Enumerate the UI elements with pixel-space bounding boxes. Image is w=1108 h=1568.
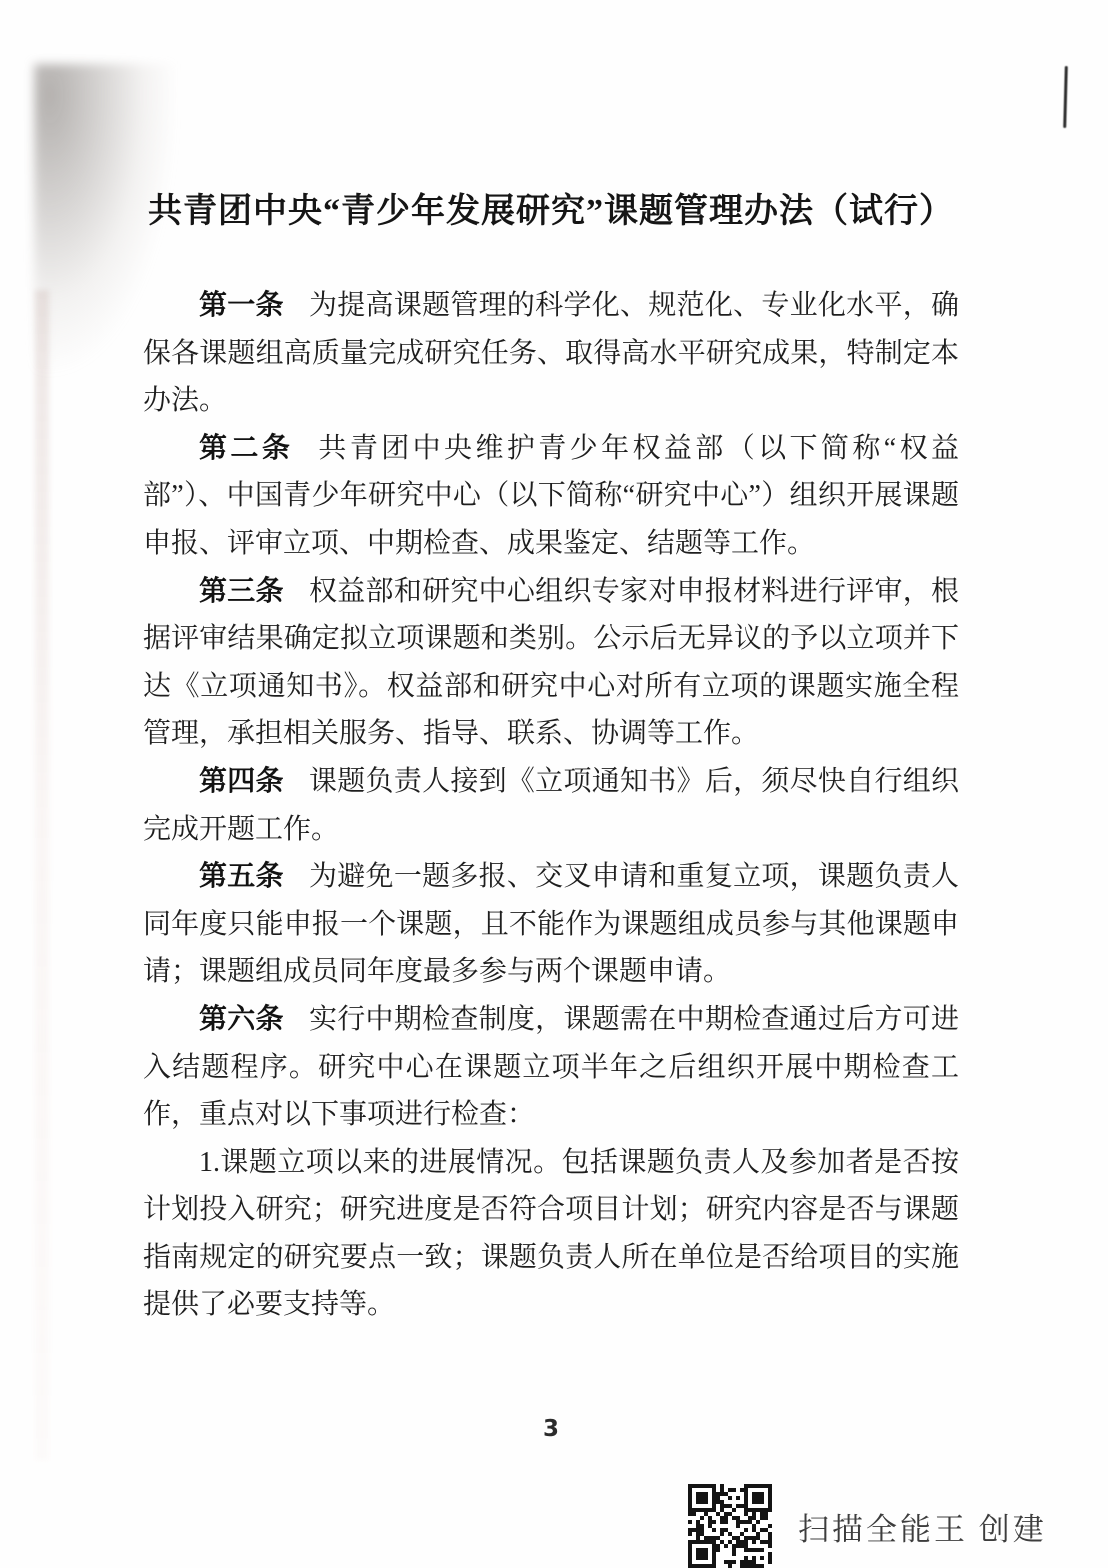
article-6-label: 第六条 bbox=[199, 1004, 284, 1035]
article-3: 第三条权益部和研究中心组织专家对申报材料进行评审，根据评审结果确定拟立项课题和类… bbox=[143, 568, 959, 758]
article-5: 第五条为避免一题多报、交叉申请和重复立项，课题负责人同年度只能申报一个课题，且不… bbox=[143, 853, 959, 996]
article-1-label: 第一条 bbox=[199, 290, 284, 321]
list-item-1: 1.课题立项以来的进展情况。包括课题负责人及参加者是否按计划投入研究；研究进度是… bbox=[143, 1139, 959, 1329]
scan-edge-tint bbox=[35, 290, 49, 1460]
article-2-label: 第二条 bbox=[199, 433, 293, 464]
article-3-label: 第三条 bbox=[199, 576, 284, 607]
article-6: 第六条实行中期检查制度，课题需在中期检查通过后方可进入结题程序。研究中心在课题立… bbox=[143, 996, 959, 1139]
article-5-label: 第五条 bbox=[199, 861, 284, 892]
document-body: 共青团中央“青少年发展研究”课题管理办法（试行） 第一条为提高课题管理的科学化、… bbox=[143, 186, 959, 1329]
scanner-footer: 扫描全能王 创建 bbox=[688, 1484, 1047, 1568]
qr-code-icon bbox=[688, 1484, 772, 1568]
article-1: 第一条为提高课题管理的科学化、规范化、专业化水平，确保各课题组高质量完成研究任务… bbox=[143, 282, 959, 425]
article-2: 第二条共青团中央维护青少年权益部（以下简称“权益部”）、中国青少年研究中心（以下… bbox=[143, 425, 959, 568]
page-number: 3 bbox=[143, 1416, 959, 1442]
document-title: 共青团中央“青少年发展研究”课题管理办法（试行） bbox=[143, 186, 959, 238]
scanner-credit-label: 扫描全能王 创建 bbox=[798, 1504, 1047, 1549]
scan-line-artifact bbox=[1063, 66, 1068, 128]
scanned-page: 共青团中央“青少年发展研究”课题管理办法（试行） 第一条为提高课题管理的科学化、… bbox=[0, 0, 1108, 1568]
article-4: 第四条课题负责人接到《立项通知书》后，须尽快自行组织完成开题工作。 bbox=[143, 758, 959, 853]
article-4-label: 第四条 bbox=[199, 766, 284, 797]
